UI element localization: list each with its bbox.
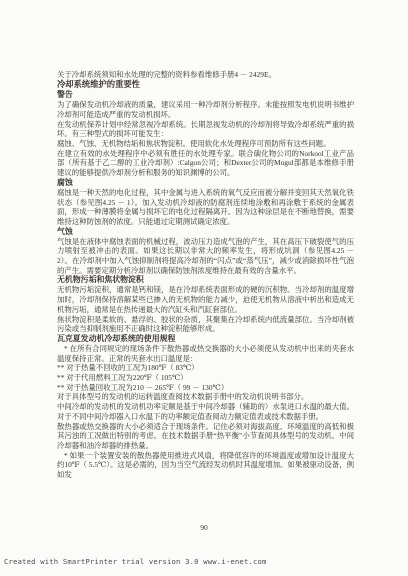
intro-line: 关于冷却系统须知和水处理的完整的资料参看维修手册4 － 2429E。: [57, 70, 354, 80]
paragraph: 腐蚀、气蚀、无机物结垢和焦状物淀积。使用软化水处理程序可预防所有这些问题。: [57, 139, 354, 149]
paragraph: 无机物污垢淀积，通常是钙和镁，是在冷却系统表面形成的硬的沉积物。当冷却剂的温度增…: [57, 285, 354, 314]
paragraph: 在发动机保养计划中经常忽视冷却系统。长期忽视发动机的冷却剂将导致冷却系统严重的损…: [57, 120, 354, 139]
paragraph: 中间冷却的发动机的发动机功率定额是基于中间冷却器（辅助的）水泵进口水温的最大值。…: [57, 402, 354, 421]
paragraph: 散热器或热交换器的大小必须适合于现场条件。记住必须对海拔高度、环境温度的高低和极…: [57, 422, 354, 451]
paragraph: 焦状物淀积是柔软的、悬浮的、胶状的杂质，其聚集在冷却系统内低流量部位。当冷却剂被…: [57, 315, 354, 334]
smartprinter-watermark: Created with SmartPrinter trial version …: [4, 557, 267, 566]
section-title-maintenance: 冷却系统维护的重要性: [57, 80, 354, 91]
section-title-scale: 无机物污垢和焦状物淀积: [57, 275, 354, 285]
paragraph: 腐蚀是一种天然的电化过程，其中金属与进入系统的氧气反应而被分解并变回其天然氧化铁…: [57, 188, 354, 227]
sub-bullet-item: ** 对于热量回收工况为210 － 265℉（ 99 － 130℃）: [57, 383, 354, 393]
paragraph: 对于具体型号的发动机的运转温度查阅技术数据手册中的发动机说明书部分。: [57, 392, 354, 402]
paragraph: 为了确保发动机冷却液的质量，建议采用一种冷却剂分析程序。未能按照发电机说明书维护…: [57, 100, 354, 119]
warning-label: 警告: [57, 90, 354, 100]
paragraph: 在建立有效的水处理程序中必须有胜任的水处理专家。联合碳化物公司的Norkool工…: [57, 149, 354, 178]
paragraph: 气蚀是在液体中腐蚀表面的机械过程，波动压力造成气泡的产生，其在高压下破裂使气的压…: [57, 237, 354, 276]
section-title-usage: 瓦克夏发动机冷却系统的使用规程: [57, 334, 354, 344]
sub-bullet-item: ** 对于代用燃料工况为220℉（ 105℃）: [57, 373, 354, 383]
bullet-item: * 如果一个装置安装的散热器使用推进式风扇，将降低容许的环境温度或增加设计温度大…: [57, 451, 354, 480]
section-title-cavitation: 气蚀: [57, 227, 354, 237]
page-body-text: 关于冷却系统须知和水处理的完整的资料参看维修手册4 － 2429E。 冷却系统维…: [57, 70, 354, 480]
sub-bullet-item: ** 对于热量不回收的工况为180℉（ 83℃）: [57, 363, 354, 373]
section-title-corrosion: 腐蚀: [57, 178, 354, 188]
page-number: 90: [0, 523, 408, 532]
bullet-item: * 在所有合同规定的现场条件下散热器或热交换器的大小必须使从发动机中出来的夹套水…: [57, 344, 354, 363]
